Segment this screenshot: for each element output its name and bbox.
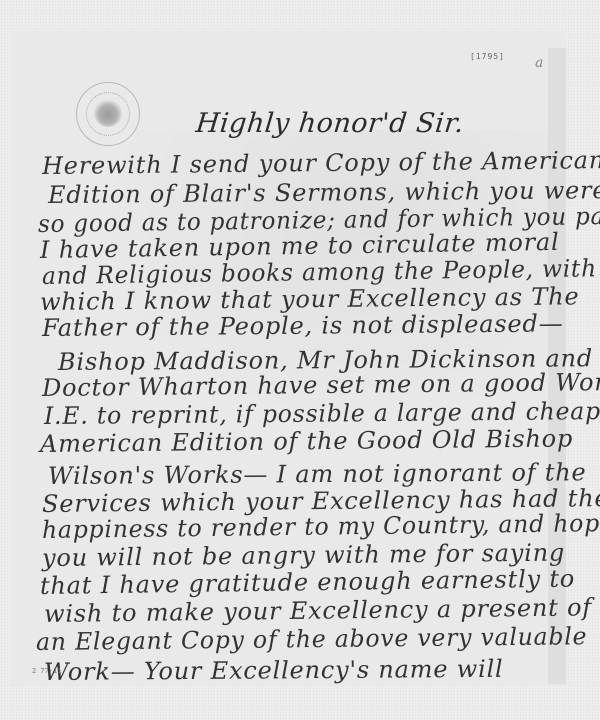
letter-line: Father of the People, is not displeased— <box>42 309 564 342</box>
library-stamp <box>76 82 140 146</box>
letter-line: Work— Your Excellency's name will <box>44 655 504 686</box>
letter-line: Herewith I send your Copy of the America… <box>42 146 600 180</box>
letter-line: American Edition of the Good Old Bishop <box>40 424 573 458</box>
letter-line: an Elegant Copy of the above very valuab… <box>36 622 588 656</box>
eagle-seal-icon <box>94 99 122 127</box>
reference-number: 2 77-11 <box>32 667 62 675</box>
salutation: Highly honor'd Sir. <box>194 108 465 139</box>
archival-number: [1795] <box>470 52 505 61</box>
corner-mark: a <box>535 55 543 71</box>
